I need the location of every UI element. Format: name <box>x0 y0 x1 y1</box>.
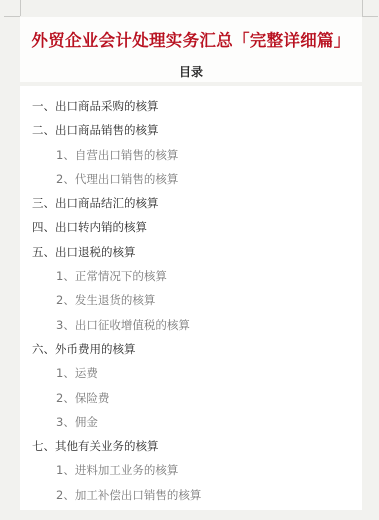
document-title: 外贸企业会计处理实务汇总「完整详细篇」 <box>20 27 362 51</box>
toc-subitem[interactable]: 1、自营出口销售的核算 <box>32 143 201 167</box>
toc-subitem[interactable]: 2、保险费 <box>32 386 201 410</box>
toc-item[interactable]: 七、其他有关业务的核算 <box>32 434 201 458</box>
document-header: 外贸企业会计处理实务汇总「完整详细篇」 目录 <box>20 17 362 82</box>
crop-mark-right <box>362 0 363 16</box>
crop-mark-right-horizontal <box>362 16 378 17</box>
toc-subitem[interactable]: 3、佣金 <box>32 410 201 434</box>
toc-heading: 目录 <box>20 63 362 80</box>
toc-list: 一、出口商品采购的核算 二、出口商品销售的核算 1、自营出口销售的核算 2、代理… <box>32 94 201 507</box>
crop-mark-left <box>20 0 21 16</box>
toc-subitem[interactable]: 3、出口征收增值税的核算 <box>32 313 201 337</box>
toc-subitem[interactable]: 2、加工补偿出口销售的核算 <box>32 483 201 507</box>
toc-item[interactable]: 五、出口退税的核算 <box>32 240 201 264</box>
crop-mark-left-horizontal <box>4 16 20 17</box>
toc-item[interactable]: 一、出口商品采购的核算 <box>32 94 201 118</box>
toc-item[interactable]: 二、出口商品销售的核算 <box>32 118 201 142</box>
toc-item[interactable]: 三、出口商品结汇的核算 <box>32 191 201 215</box>
toc-subitem[interactable]: 1、进料加工业务的核算 <box>32 458 201 482</box>
toc-subitem[interactable]: 2、代理出口销售的核算 <box>32 167 201 191</box>
toc-subitem[interactable]: 1、正常情况下的核算 <box>32 264 201 288</box>
toc-item[interactable]: 六、外币费用的核算 <box>32 337 201 361</box>
toc-content: 一、出口商品采购的核算 二、出口商品销售的核算 1、自营出口销售的核算 2、代理… <box>20 86 362 510</box>
toc-item[interactable]: 四、出口转内销的核算 <box>32 215 201 239</box>
toc-subitem[interactable]: 1、运费 <box>32 361 201 385</box>
toc-subitem[interactable]: 2、发生退货的核算 <box>32 288 201 312</box>
